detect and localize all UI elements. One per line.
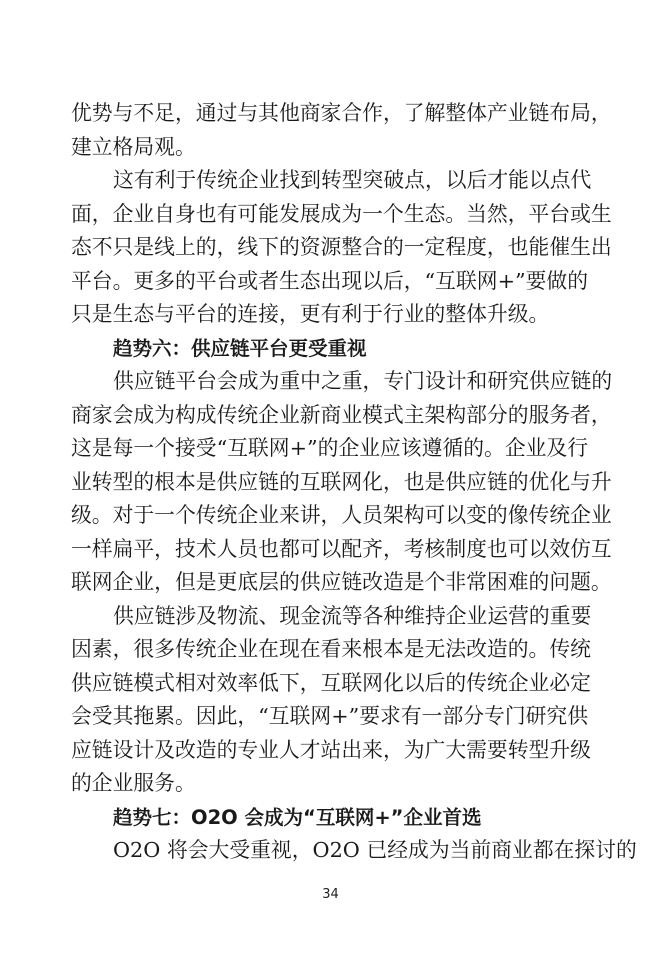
text-line: 供应链模式相对效率低下，互联网化以后的传统企业必定: [71, 667, 592, 701]
text-line: 商家会成为构成传统企业新商业模式主架构部分的服务者，: [71, 399, 592, 433]
text-line: 的企业服务。: [71, 767, 592, 801]
text-line: 态不只是线上的，线下的资源整合的一定程度，也能催生出: [71, 231, 592, 265]
text-line: 业转型的根本是供应链的互联网化，也是供应链的优化与升: [71, 466, 592, 500]
text-line: 会受其拖累。因此，“互联网+”要求有一部分专门研究供: [71, 700, 592, 734]
text-line: 级。对于一个传统企业来讲，人员架构可以变的像传统企业: [71, 499, 592, 533]
text-line: 建立格局观。: [71, 131, 592, 165]
section-heading-trend-6: 趋势六：供应链平台更受重视: [71, 332, 592, 366]
section-heading-trend-7: 趋势七：O2O 会成为“互联网+”企业首选: [71, 801, 592, 835]
text-line: 联网企业，但是更底层的供应链改造是个非常困难的问题。: [71, 566, 592, 600]
text-line: O2O 将会大受重视，O2O 已经成为当前商业都在探讨的: [71, 834, 592, 868]
page-number: 34: [0, 887, 661, 902]
text-line: 供应链平台会成为重中之重，专门设计和研究供应链的: [71, 365, 592, 399]
text-line: 供应链涉及物流、现金流等各种维持企业运营的重要: [71, 600, 592, 634]
text-line: 平台。更多的平台或者生态出现以后，“互联网+”要做的: [71, 265, 592, 299]
text-line: 一样扁平，技术人员也都可以配齐，考核制度也可以效仿互: [71, 533, 592, 567]
text-line: 因素，很多传统企业在现在看来根本是无法改造的。传统: [71, 633, 592, 667]
text-line: 只是生态与平台的连接，更有利于行业的整体升级。: [71, 298, 592, 332]
text-line: 面，企业自身也有可能发展成为一个生态。当然，平台或生: [71, 198, 592, 232]
page-body: 优势与不足，通过与其他商家合作，了解整体产业链布局， 建立格局观。 这有利于传统…: [71, 97, 592, 868]
text-line: 应链设计及改造的专业人才站出来，为广大需要转型升级: [71, 734, 592, 768]
text-line: 优势与不足，通过与其他商家合作，了解整体产业链布局，: [71, 97, 592, 131]
text-line: 这有利于传统企业找到转型突破点，以后才能以点代: [71, 164, 592, 198]
text-line: 这是每一个接受“互联网+”的企业应该遵循的。企业及行: [71, 432, 592, 466]
